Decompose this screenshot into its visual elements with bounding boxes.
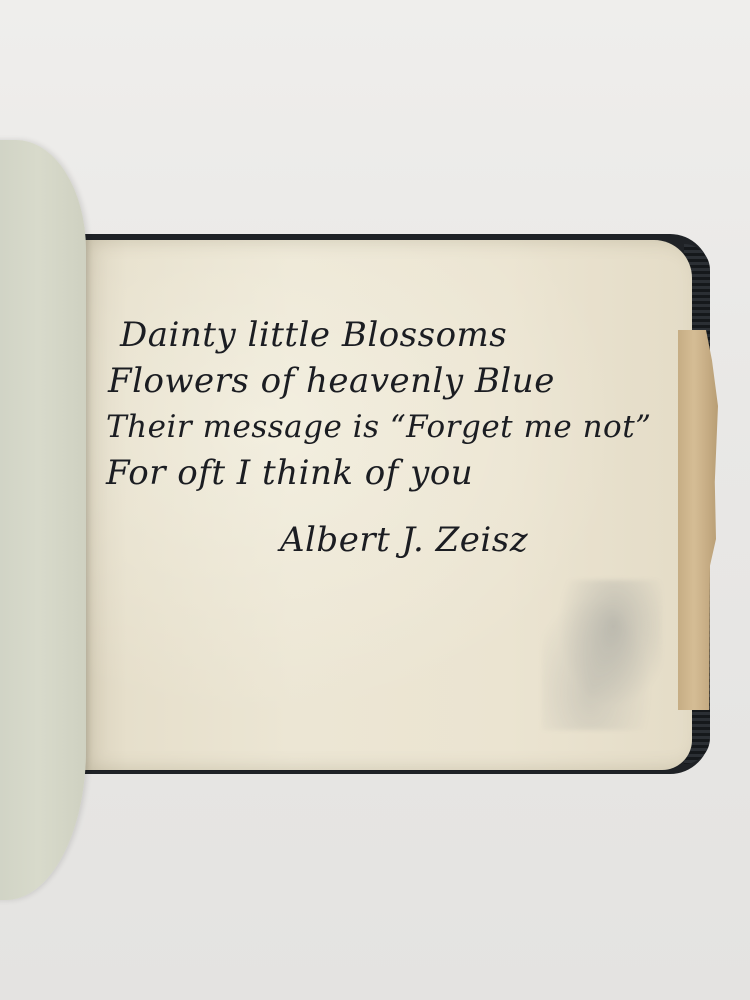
- photo-scene: Dainty little Blossoms Flowers of heaven…: [0, 0, 750, 1000]
- verse-line: Their message is “Forget me not”: [106, 404, 686, 450]
- handwritten-verse: Dainty little Blossoms Flowers of heaven…: [106, 312, 686, 496]
- signature: Albert J. Zeisz: [280, 520, 528, 560]
- verse-line: For oft I think of you: [106, 450, 686, 496]
- verse-line: Dainty little Blossoms: [120, 312, 686, 358]
- left-page-curl: [0, 140, 86, 900]
- verse-line: Flowers of heavenly Blue: [108, 358, 686, 404]
